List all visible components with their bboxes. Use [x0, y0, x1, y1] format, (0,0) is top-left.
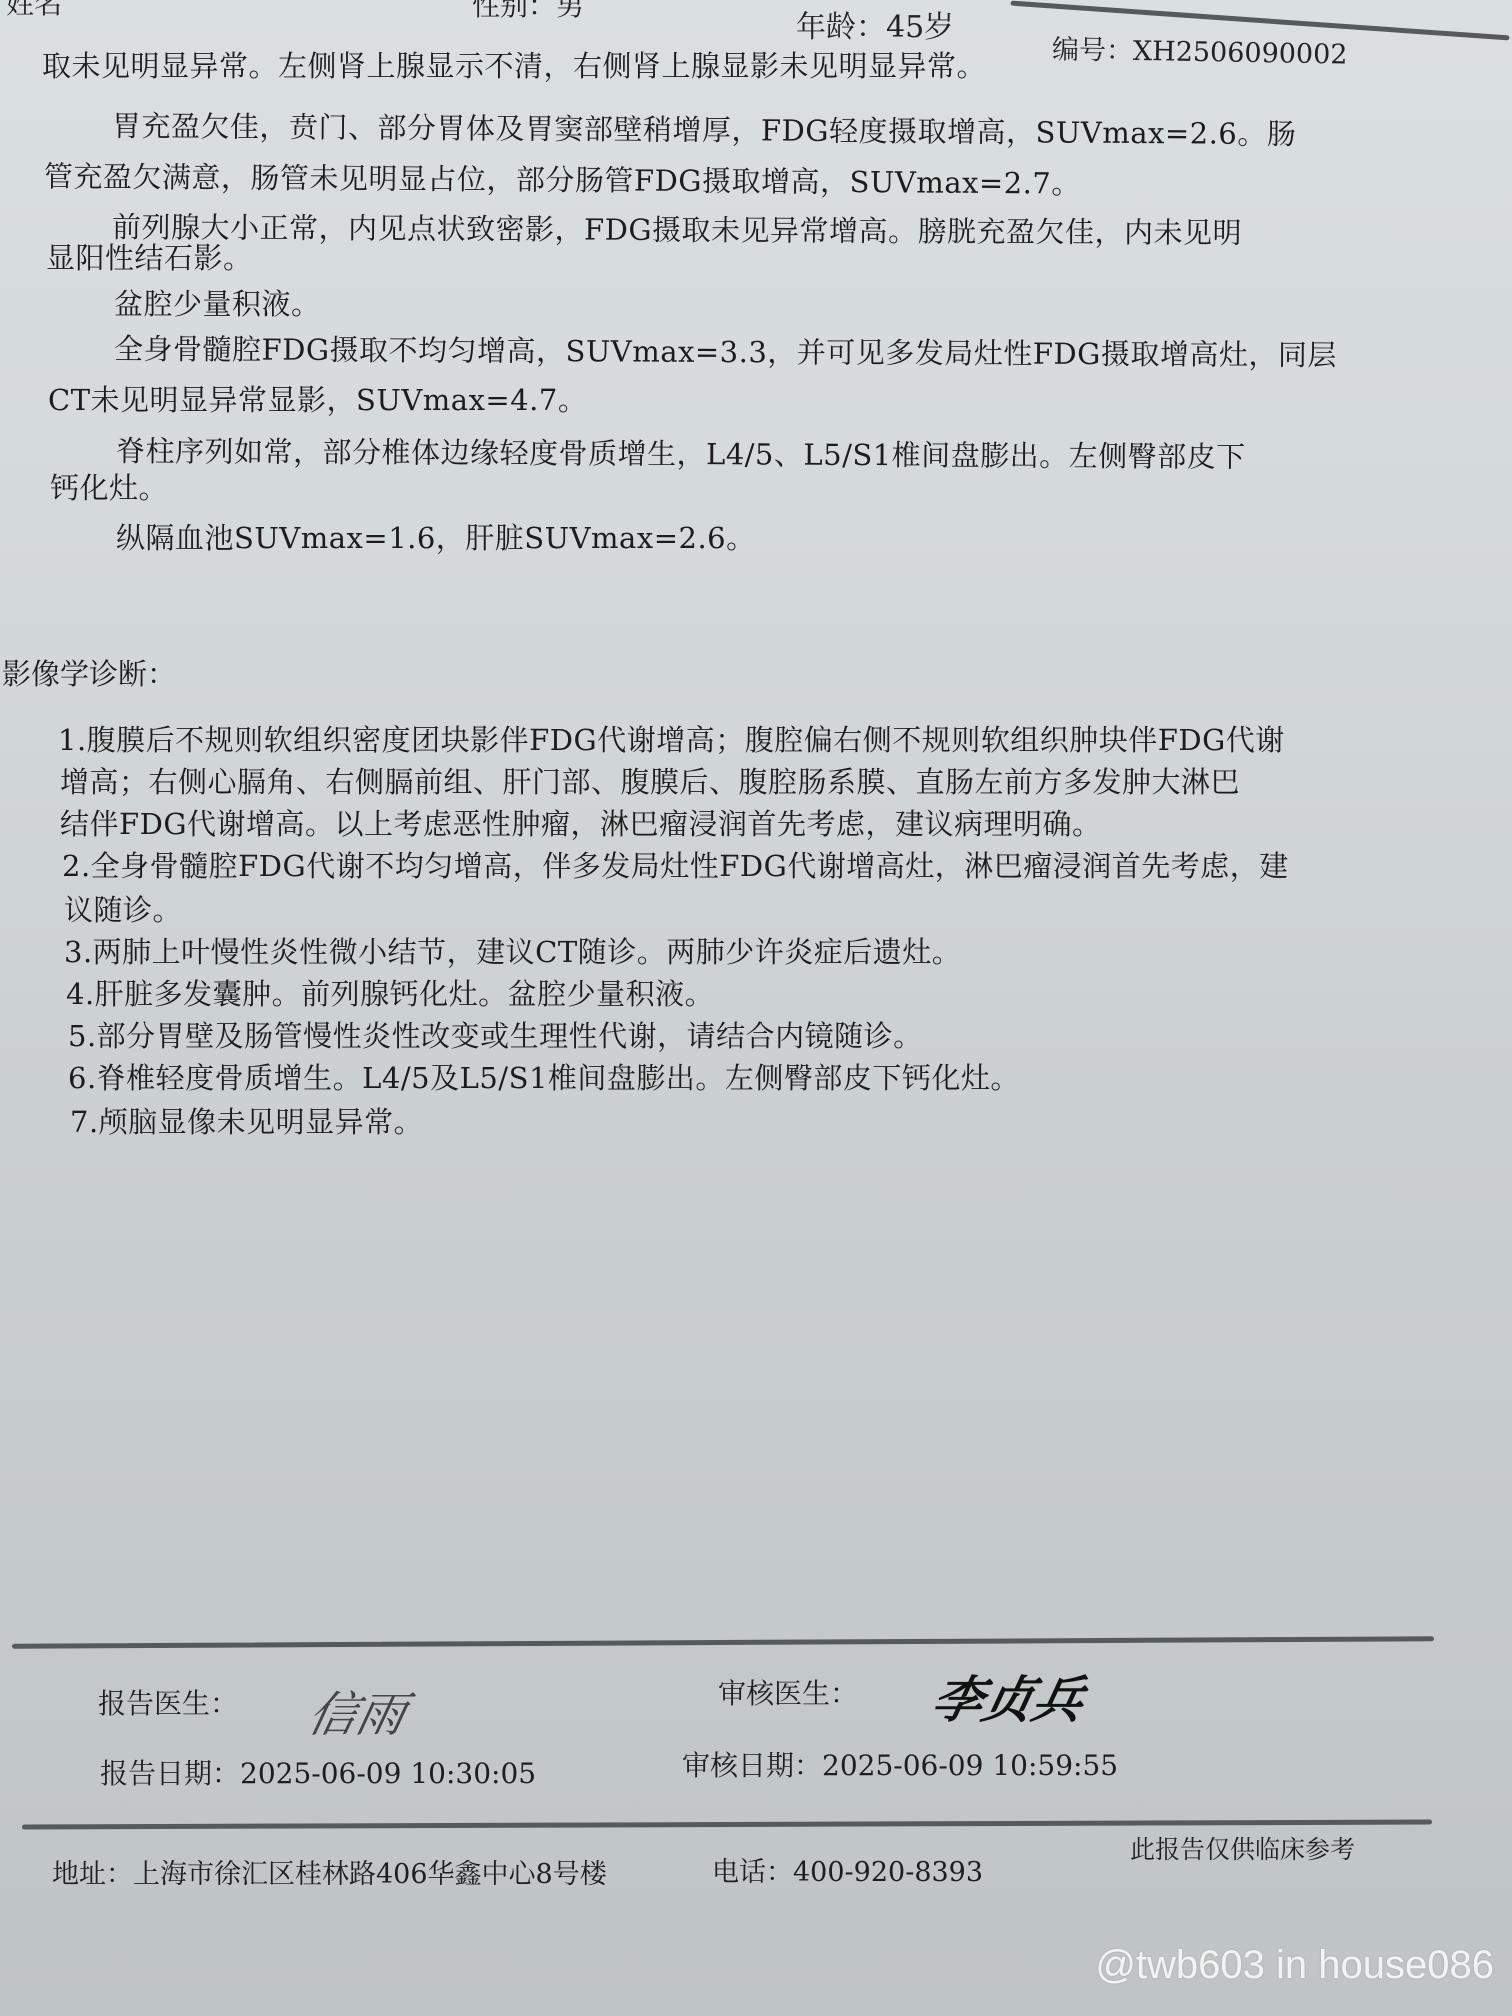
findings-line: 前列腺大小正常，内见点状致密影，FDG摄取未见异常增高。膀胱充盈欠佳，内未见明 [112, 205, 1242, 252]
reviewing-doctor-label: 审核医生： [718, 1672, 858, 1712]
findings-line: 显阳性结石影。 [46, 236, 253, 277]
findings-line: 全身骨髓腔FDG摄取不均匀增高，SUVmax=3.3，并可见多发局灶性FDG摄取… [114, 327, 1337, 374]
patient-age: 年龄：45岁 [796, 2, 954, 46]
diagnosis-line: 5.部分胃壁及肠管慢性炎性改变或生理性代谢，请结合内镜随诊。 [68, 1014, 923, 1055]
patient-name-label: 姓名 [6, 0, 62, 22]
findings-line: 胃充盈欠佳，贲门、部分胃体及胃窦部壁稍增厚，FDG轻度摄取增高，SUVmax=2… [112, 104, 1297, 153]
diagnosis-line: 1.腹膜后不规则软组织密度团块影伴FDG代谢增高；腹腔偏右侧不规则软组织肿块伴F… [58, 718, 1285, 759]
patient-gender: 性别：男 [472, 0, 584, 24]
findings-line: 脊柱序列如常，部分椎体边缘轻度骨质增生，L4/5、L5/S1椎间盘膨出。左侧臀部… [116, 429, 1246, 476]
report-date: 报告日期：2025-06-09 10:30:05 [100, 1752, 536, 1792]
findings-line: 取未见明显异常。左侧肾上腺显示不清，右侧肾上腺显影未见明显异常。 [42, 44, 986, 85]
diagnosis-line: 议随诊。 [64, 888, 182, 929]
phone: 电话：400-920-8393 [712, 1850, 983, 1889]
disclaimer: 此报告仅供临床参考 [1130, 1830, 1355, 1866]
findings-line: 纵隔血池SUVmax=1.6，肝脏SUVmax=2.6。 [116, 516, 756, 557]
footer-divider [22, 1820, 1432, 1830]
review-date: 审核日期：2025-06-09 10:59:55 [682, 1744, 1118, 1784]
findings-line: 钙化灶。 [50, 466, 168, 507]
diagnosis-line: 4.肝脏多发囊肿。前列腺钙化灶。盆腔少量积液。 [66, 972, 714, 1013]
reviewing-doctor-signature: 李贞兵 [926, 1660, 1091, 1732]
reporting-doctor-label: 报告医生： [98, 1682, 238, 1722]
signature-divider [12, 1636, 1434, 1648]
reporting-doctor-signature: 信雨 [303, 1676, 414, 1745]
diagnosis-line: 7.颅脑显像未见明显异常。 [70, 1100, 423, 1141]
report-number: 编号：XH2506090002 [1052, 27, 1348, 71]
diagnosis-line: 结伴FDG代谢增高。以上考虑恶性肿瘤，淋巴瘤浸润首先考虑，建议病理明确。 [60, 802, 1102, 843]
watermark: @twb603 in house086 [1095, 1943, 1494, 1988]
findings-line: CT未见明显异常显影，SUVmax=4.7。 [48, 378, 587, 419]
diagnosis-line: 增高；右侧心膈角、右侧膈前组、肝门部、腹膜后、腹腔肠系膜、直肠左前方多发肿大淋巴 [60, 760, 1240, 801]
diagnosis-line: 3.两肺上叶慢性炎性微小结节，建议CT随诊。两肺少许炎症后遗灶。 [64, 930, 961, 971]
address: 地址：上海市徐汇区桂林路406华鑫中心8号楼 [52, 1852, 607, 1891]
diagnosis-line: 6.脊椎轻度骨质增生。L4/5及L5/S1椎间盘膨出。左侧臀部皮下钙化灶。 [68, 1056, 1020, 1097]
findings-line: 盆腔少量积液。 [114, 282, 321, 323]
findings-line: 管充盈欠满意，肠管未见明显占位，部分肠管FDG摄取增高，SUVmax=2.7。 [44, 154, 1081, 202]
diagnosis-line: 2.全身骨髓腔FDG代谢不均匀增高，伴多发局灶性FDG代谢增高灶，淋巴瘤浸润首先… [62, 844, 1289, 885]
diagnosis-title: 影像学诊断： [2, 652, 176, 693]
